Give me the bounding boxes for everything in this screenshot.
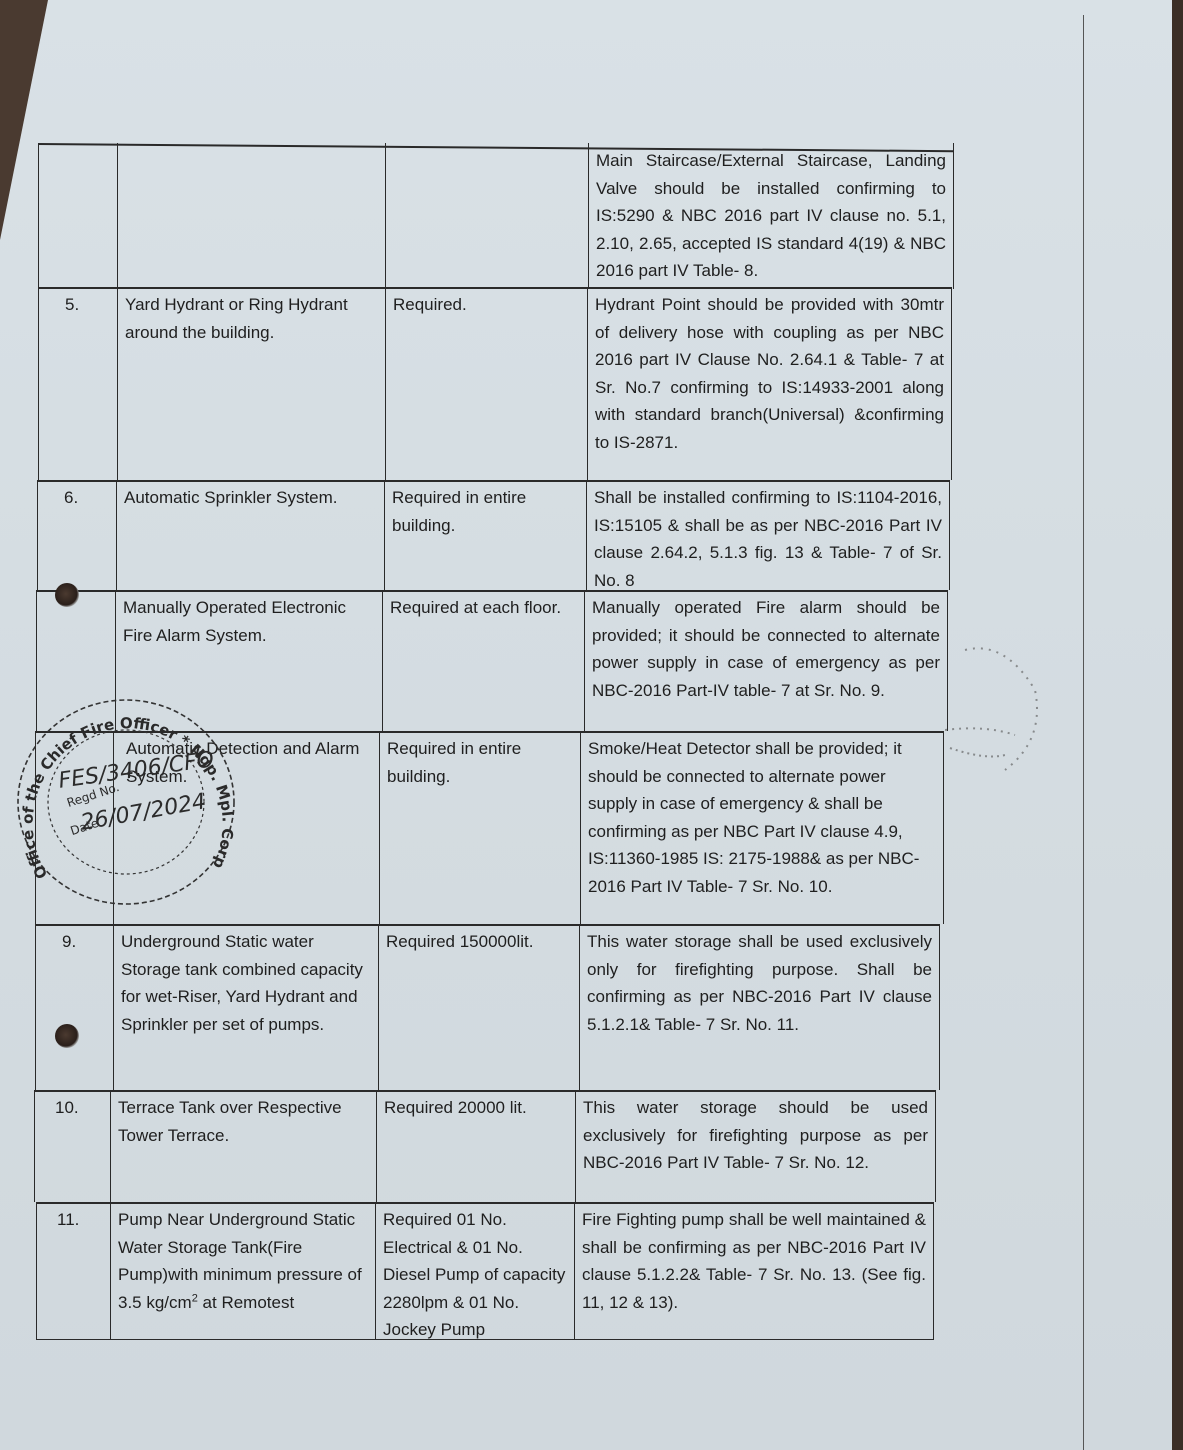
table-row: 6. Automatic Sprinkler System. Required … — [37, 480, 950, 590]
particular-cell: Automatic Detection and Alarm System. — [113, 731, 379, 924]
requirement-cell: Required 20000 lit. — [376, 1090, 575, 1202]
requirement-cell: Required 150000lit. — [378, 924, 579, 1090]
punch-hole — [55, 583, 79, 607]
sr-cell: 11. — [36, 1202, 110, 1340]
particular-cell — [117, 143, 385, 289]
remarks-cell: Shall be installed confirming to IS:1104… — [586, 480, 950, 590]
sr-cell: 6. — [37, 480, 116, 590]
table-row: Automatic Detection and Alarm System. Re… — [35, 731, 944, 924]
background-table-surface — [1172, 0, 1183, 1450]
page-edge-line — [1083, 15, 1084, 1450]
particular-cell: Automatic Sprinkler System. — [116, 480, 384, 590]
requirement-cell: Required in entire building. — [379, 731, 580, 924]
sr-cell — [35, 731, 113, 924]
particular-cell: Manually Operated Electronic Fire Alarm … — [115, 590, 382, 731]
remarks-cell: Hydrant Point should be provided with 30… — [587, 287, 952, 480]
remarks-cell: Manually operated Fire alarm should be p… — [584, 590, 948, 731]
remarks-cell: Fire Fighting pump shall be well maintai… — [574, 1202, 934, 1340]
particular-cell: Yard Hydrant or Ring Hydrant around the … — [117, 287, 385, 480]
remarks-cell: Main Staircase/External Staircase, Landi… — [588, 143, 954, 289]
table-row: 11. Pump Near Underground Static Water S… — [36, 1202, 934, 1340]
punch-hole — [55, 1024, 79, 1048]
sr-cell — [36, 590, 115, 731]
table-row: 10. Terrace Tank over Respective Tower T… — [34, 1090, 936, 1202]
remarks-cell: This water storage should be used exclus… — [575, 1090, 936, 1202]
table-row: 9. Underground Static water Storage tank… — [35, 924, 940, 1090]
sr-cell: 5. — [38, 287, 117, 480]
table-row: Manually Operated Electronic Fire Alarm … — [36, 590, 948, 731]
particular-cell: Terrace Tank over Respective Tower Terra… — [110, 1090, 376, 1202]
requirement-cell: Required at each floor. — [382, 590, 584, 731]
table-row: Main Staircase/External Staircase, Landi… — [38, 143, 954, 289]
requirement-cell: Required in entire building. — [384, 480, 586, 590]
requirement-cell: Required 01 No. Electrical & 01 No. Dies… — [375, 1202, 574, 1340]
requirement-cell: Required. — [385, 287, 587, 480]
particular-cell: Underground Static water Storage tank co… — [113, 924, 378, 1090]
remarks-cell: Smoke/Heat Detector shall be provided; i… — [580, 731, 944, 924]
sr-cell: 10. — [34, 1090, 110, 1202]
sr-cell: 9. — [35, 924, 113, 1090]
particular-cell: Pump Near Underground Static Water Stora… — [110, 1202, 375, 1340]
remarks-cell: This water storage shall be used exclusi… — [579, 924, 940, 1090]
faint-stamp-impression — [945, 630, 1055, 780]
sr-cell — [38, 143, 117, 289]
table-row: 5. Yard Hydrant or Ring Hydrant around t… — [38, 287, 952, 480]
requirement-cell — [385, 143, 588, 289]
